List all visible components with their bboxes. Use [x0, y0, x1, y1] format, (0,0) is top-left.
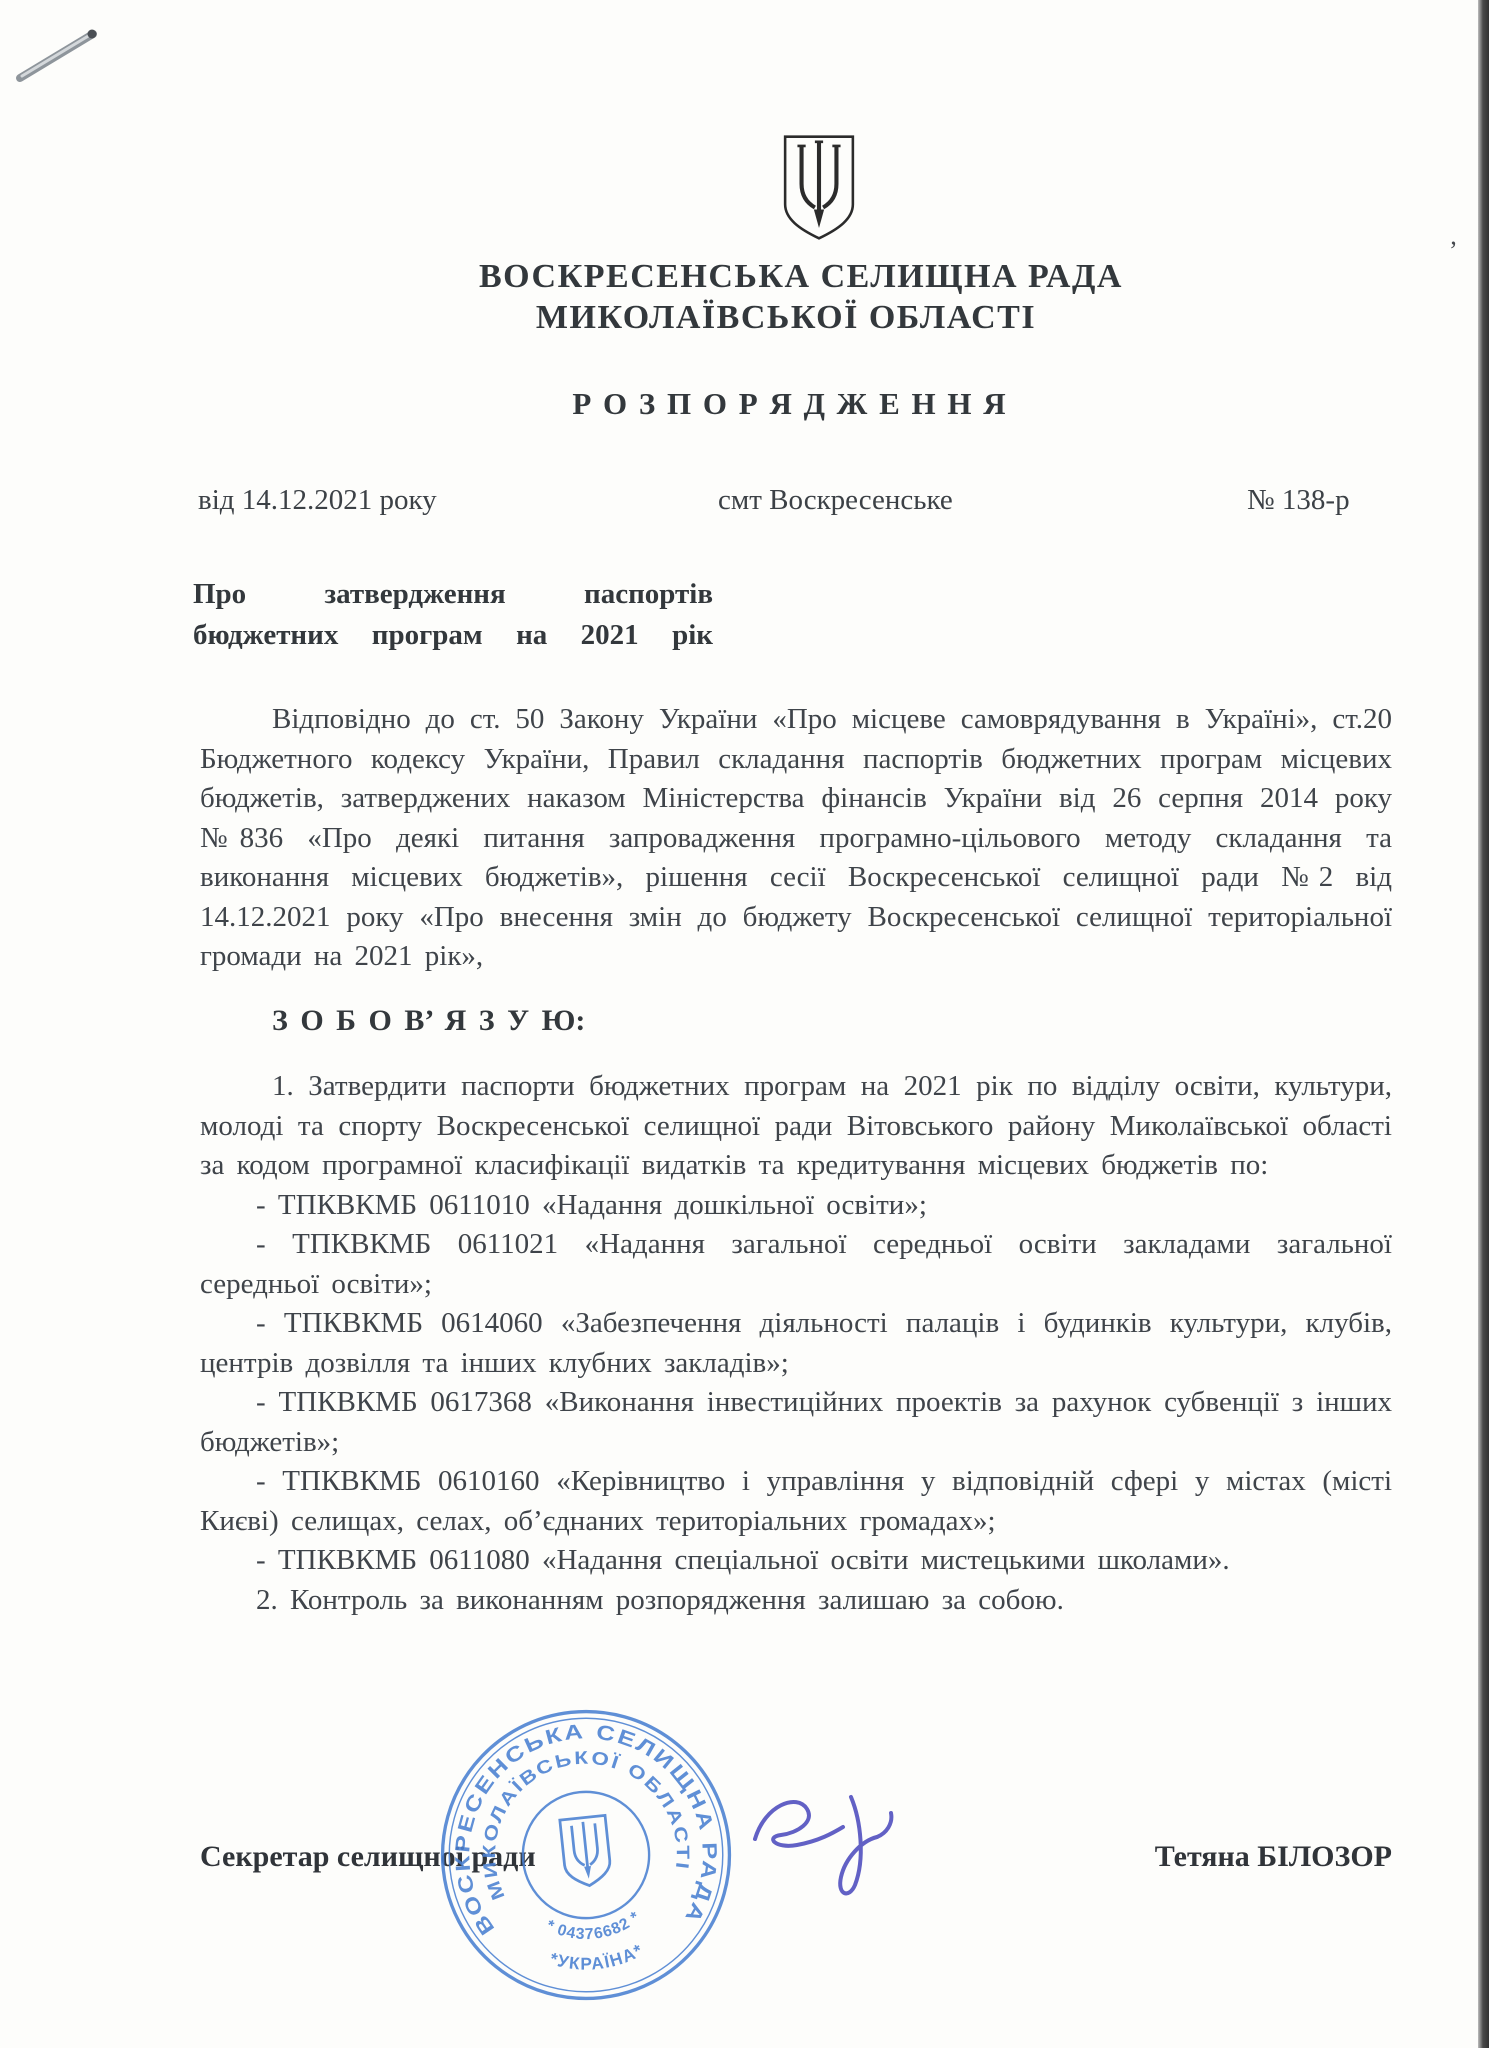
authority-name-line2: МИКОЛАЇВСЬКОЇ ОБЛАСТІ — [479, 299, 1093, 337]
svg-text:*УКРАЇНА*: *УКРАЇНА* — [546, 1939, 648, 1979]
scan-artifact-line — [10, 18, 120, 108]
artifact-tip-dot — [88, 30, 97, 39]
document-date: від 14.12.2021 року — [198, 484, 437, 517]
resolve-heading: З О Б О В’ Я З У Ю: — [200, 1001, 1392, 1041]
program-list-item: - ТПКВКМБ 0611010 «Надання дошкільної ос… — [200, 1186, 1392, 1226]
item-2-paragraph: 2. Контроль за виконанням розпорядження … — [200, 1581, 1392, 1621]
svg-text:* 04376682 *: * 04376682 * — [542, 1907, 646, 1948]
program-list-item: - ТПКВКМБ 0611021 «Надання загальної сер… — [200, 1225, 1392, 1304]
signatory-name: Тетяна БІЛОЗОР — [1000, 1840, 1392, 1874]
document-page: ВОСКРЕСЕНСЬКА СЕЛИЩНА РАДА МИКОЛАЇВСЬКОЇ… — [0, 0, 1489, 2048]
program-list-item: - ТПКВКМБ 0610160 «Керівництво і управлі… — [200, 1462, 1392, 1541]
stamp-trident-icon — [560, 1815, 612, 1888]
subject-line2: бюджетних програм на 2021 рік — [193, 615, 713, 656]
program-list-item: - ТПКВКМБ 0614060 «Забезпечення діяльнос… — [200, 1304, 1392, 1383]
official-round-stamp: ВОСКРЕСЕНСЬКА СЕЛИЩНА РАДА * МИКОЛАЇВСЬК… — [433, 1702, 739, 2008]
item-1-paragraph: 1. Затвердити паспорти бюджетних програм… — [200, 1067, 1392, 1186]
subject-line1: Про затвердження паспортів — [193, 574, 713, 615]
program-list-item: - ТПКВКМБ 0611080 «Надання спеціальної о… — [200, 1541, 1392, 1581]
document-settlement: смт Воскресенське — [718, 484, 953, 517]
trident-emblem-icon — [780, 132, 858, 244]
scan-speck: ’ — [1449, 236, 1458, 266]
stamp-country-text: *УКРАЇНА* — [546, 1939, 648, 1979]
preamble-paragraph: Відповідно до ст. 50 Закону України «Про… — [200, 700, 1392, 977]
scan-edge-band — [1478, 0, 1489, 2048]
stamp-code-text: * 04376682 * — [542, 1907, 646, 1948]
document-number: № 138-р — [1247, 484, 1350, 517]
subject-block: Про затвердження паспортів бюджетних про… — [193, 574, 713, 656]
handwritten-signature — [733, 1775, 963, 1910]
body-text: Відповідно до ст. 50 Закону України «Про… — [200, 700, 1392, 1620]
authority-name-line1: ВОСКРЕСЕНСЬКА СЕЛИЩНА РАДА — [479, 258, 1093, 296]
document-type-title: Р О З П О Р Я Д Ж Е Н Н Я — [545, 386, 1035, 422]
program-list-item: - ТПКВКМБ 0617368 «Виконання інвестиційн… — [200, 1383, 1392, 1462]
